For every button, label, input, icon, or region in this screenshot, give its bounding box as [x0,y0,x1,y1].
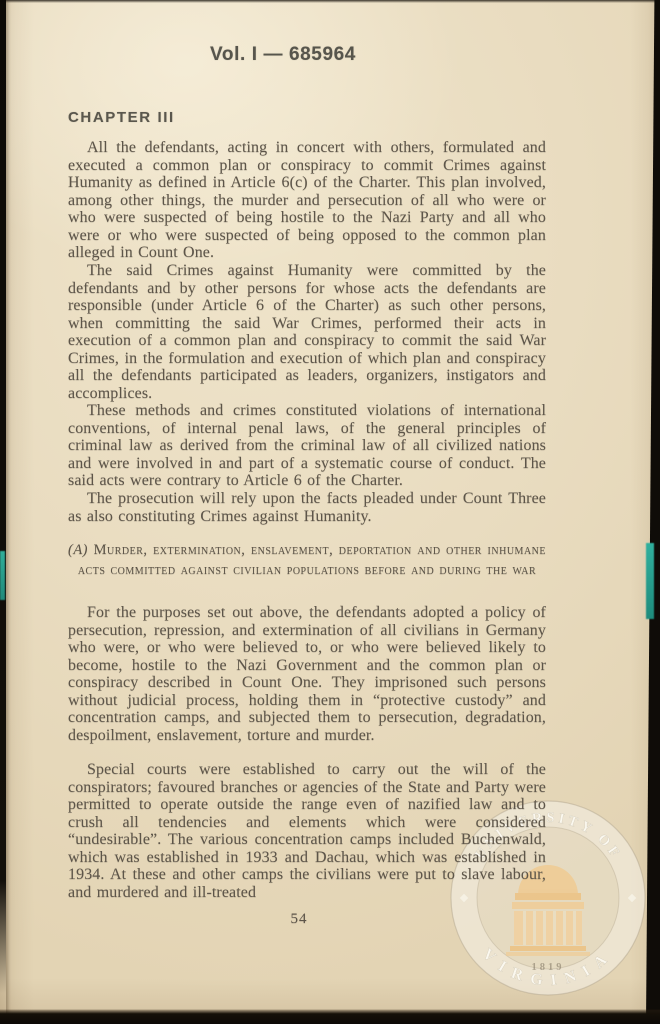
paragraph: For the purposes set out above, the defe… [68,604,546,744]
section-heading-prefix: (A) [68,542,88,558]
teal-mark-left [0,551,5,600]
paragraph: These methods and crimes constituted vio… [68,402,546,490]
scan-border-left [0,0,6,1024]
paragraph: Special courts were established to carry… [68,761,546,901]
chapter-heading: CHAPTER III [68,109,546,126]
paragraph: All the defendants, acting in concert wi… [68,139,546,262]
paragraph: The prosecution will rely upon the facts… [68,490,546,525]
scan-border-top [0,0,660,3]
section-heading-text: Murder, extermination, enslavement, depo… [78,542,546,578]
section-heading: (A) Murder, extermination, enslavement, … [68,541,546,580]
scanned-book-page: { "page": { "header_stamp": "Vol. I — 68… [0,0,660,1024]
seal-year: 1819 [532,962,565,973]
volume-stamp: Vol. I — 685964 [44,44,522,66]
paragraph: The said Crimes against Humanity were co… [68,262,546,402]
teal-mark-right [646,543,654,619]
page-number: 54 [60,911,538,928]
scan-border-bottom [0,1009,660,1024]
